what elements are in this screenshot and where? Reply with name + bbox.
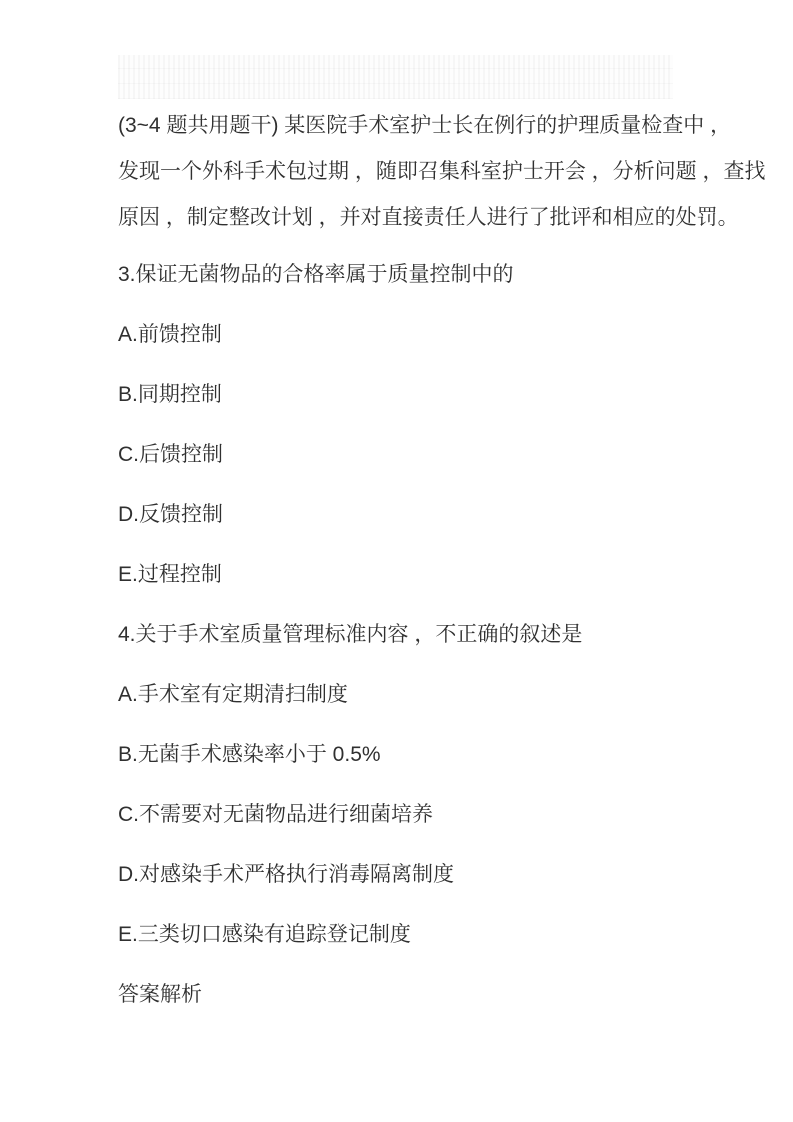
case-stem-line: (3~4 题共用题干) 某医院手术室护士长在例行的护理质量检查中 ， xyxy=(118,101,693,147)
answer-analysis-heading: 答案解析 xyxy=(118,963,693,1023)
case-stem-line: 原因 ，制定整改计划 ，并对直接责任人进行了批评和相应的处罚。 xyxy=(118,193,693,239)
question-3-option-e: E.过程控制 xyxy=(118,543,693,603)
question-3-text: 3.保证无菌物品的合格率属于质量控制中的 xyxy=(118,243,693,303)
question-4-option-d: D.对感染手术严格执行消毒隔离制度 xyxy=(118,843,693,903)
question-4-option-b: B.无菌手术感染率小于 0.5% xyxy=(118,723,693,783)
question-3-option-d: D.反馈控制 xyxy=(118,483,693,543)
exam-question-page: (3~4 题共用题干) 某医院手术室护士长在例行的护理质量检查中 ， 发现一个外… xyxy=(0,55,793,1023)
question-4-option-e: E.三类切口感染有追踪登记制度 xyxy=(118,903,693,963)
question-3-option-b: B.同期控制 xyxy=(118,363,693,423)
case-stem-line: 发现一个外科手术包过期 ，随即召集科室护士开会 ，分析问题 ，查找 xyxy=(118,147,693,193)
question-3-option-c: C.后馈控制 xyxy=(118,423,693,483)
question-4-option-a: A.手术室有定期清扫制度 xyxy=(118,663,693,723)
question-4-text: 4.关于手术室质量管理标准内容 ，不正确的叙述是 xyxy=(118,603,693,663)
question-3-option-a: A.前馈控制 xyxy=(118,303,693,363)
question-4-option-c: C.不需要对无菌物品进行细菌培养 xyxy=(118,783,693,843)
case-stem-paragraph: (3~4 题共用题干) 某医院手术室护士长在例行的护理质量检查中 ， 发现一个外… xyxy=(118,101,693,239)
faded-text-band xyxy=(118,55,673,99)
